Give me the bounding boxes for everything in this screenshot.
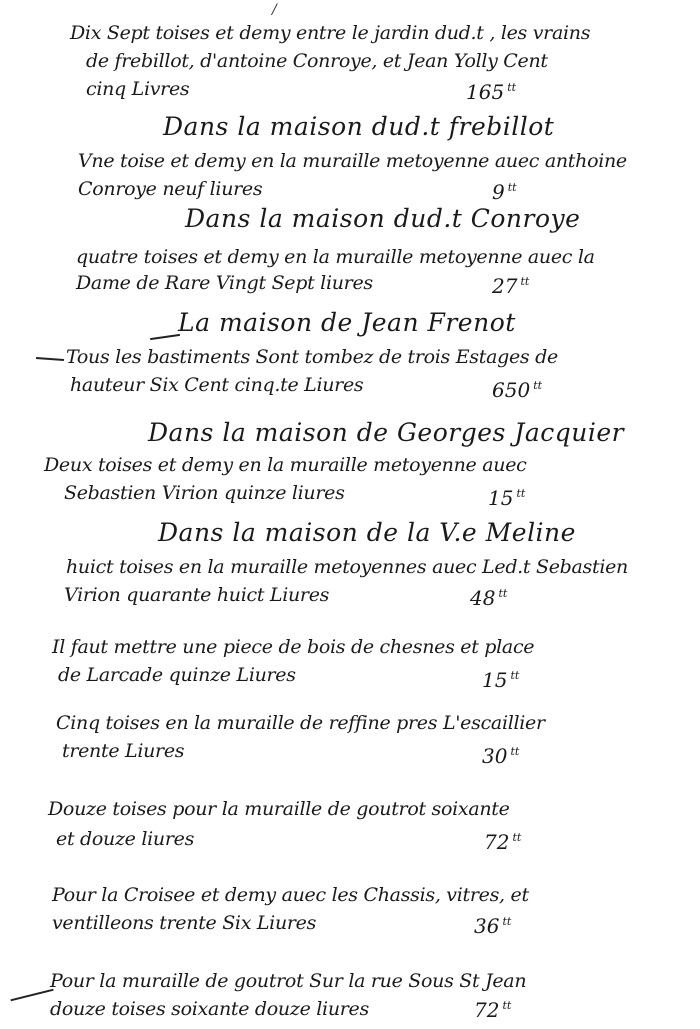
- section-line: huict toises en la muraille metoyennes a…: [66, 556, 628, 578]
- manuscript-page: / Dix Sept toises et demy entre le jardi…: [0, 0, 700, 1029]
- section-line: quatre toises et demy en la muraille met…: [76, 246, 595, 268]
- section-line: hauteur Six Cent cinq.te Liures: [70, 374, 363, 396]
- section-heading: Dans la maison dud.t frebillot: [163, 112, 554, 141]
- margin-flourish: [36, 357, 64, 360]
- section-amount: 48tt: [470, 586, 507, 610]
- section-heading: La maison de Jean Frenot: [178, 308, 516, 337]
- item-line: Pour la muraille de goutrot Sur la rue S…: [50, 970, 526, 992]
- section-amount: 650tt: [492, 378, 542, 402]
- section-heading: Dans la maison dud.t Conroye: [185, 204, 580, 233]
- item-amount: 36tt: [474, 914, 511, 938]
- item-line: douze toises soixante douze liures: [50, 998, 369, 1020]
- entry-line: Dix Sept toises et demy entre le jardin …: [70, 22, 590, 44]
- section-line: Tous les bastiments Sont tombez de trois…: [66, 346, 558, 368]
- item-line: Cinq toises en la muraille de reffine pr…: [56, 712, 545, 734]
- item-amount: 72tt: [484, 830, 521, 854]
- section-amount: 27tt: [492, 274, 529, 298]
- section-heading: Dans la maison de la V.e Meline: [158, 518, 576, 547]
- item-line: Douze toises pour la muraille de goutrot…: [48, 798, 510, 820]
- item-amount: 15tt: [482, 668, 519, 692]
- section-line: Sebastien Virion quinze liures: [64, 482, 345, 504]
- item-line: ventilleons trente Six Liures: [52, 912, 316, 934]
- section-line: Deux toises et demy en la muraille metoy…: [44, 454, 526, 476]
- ink-mark: /: [272, 2, 277, 18]
- section-line: Vne toise et demy en la muraille metoyen…: [78, 150, 627, 172]
- section-heading: Dans la maison de Georges Jacquier: [148, 418, 624, 447]
- item-line: Il faut mettre une piece de bois de ches…: [52, 636, 534, 658]
- section-amount: 9tt: [492, 180, 517, 204]
- item-line: de Larcade quinze Liures: [58, 664, 296, 686]
- entry-amount: 165tt: [466, 80, 516, 104]
- entry-line: cinq Livres: [86, 78, 189, 100]
- item-line: Pour la Croisee et demy auec les Chassis…: [52, 884, 529, 906]
- entry-line: de frebillot, d'antoine Conroye, et Jean…: [86, 50, 548, 72]
- section-line: Conroye neuf liures: [78, 178, 262, 200]
- section-amount: 15tt: [488, 486, 525, 510]
- heading-flourish: [150, 334, 180, 340]
- section-line: Dame de Rare Vingt Sept liures: [76, 272, 373, 294]
- item-amount: 30tt: [482, 744, 519, 768]
- item-amount: 72tt: [474, 998, 511, 1022]
- margin-flourish: [10, 989, 53, 1001]
- item-line: trente Liures: [62, 740, 184, 762]
- item-line: et douze liures: [56, 828, 194, 850]
- section-line: Virion quarante huict Liures: [64, 584, 329, 606]
